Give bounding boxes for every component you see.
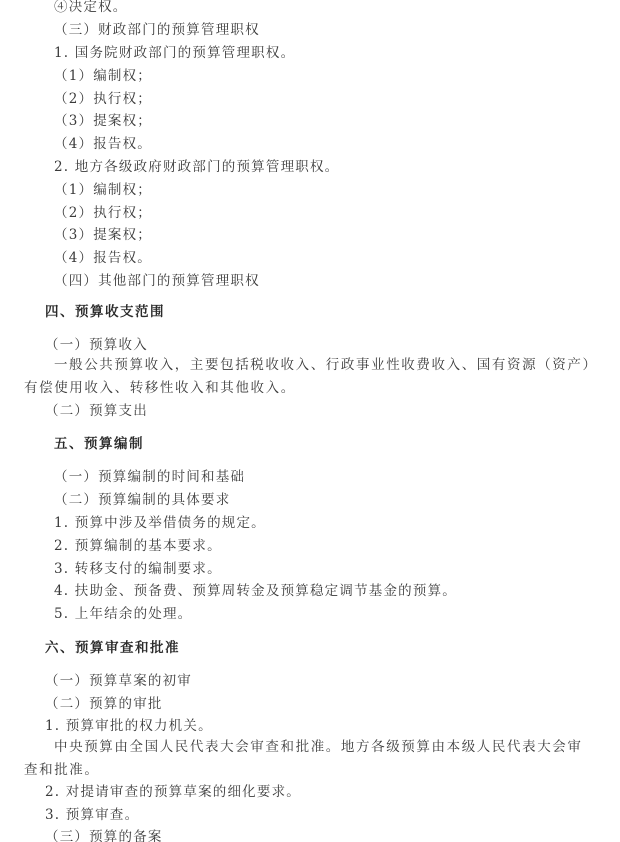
subheading-prep-time-basis: （一）预算编制的时间和基础 bbox=[54, 469, 245, 485]
paragraph-revenue-description: 一般公共预算收入，主要包括税收收入、行政事业性收费收入、国有资源（资产） 有偿使… bbox=[54, 354, 590, 400]
list-item: 3. 转移支付的编制要求。 bbox=[54, 561, 222, 577]
list-item-decision-power: ④决定权。 bbox=[54, 0, 128, 15]
section-heading-budget-scope: 四、预算收支范围 bbox=[45, 304, 165, 320]
list-item: （2）执行权； bbox=[54, 205, 152, 221]
list-item: 5. 上年结余的处理。 bbox=[54, 606, 192, 622]
section-heading-review-approval: 六、预算审查和批准 bbox=[45, 640, 180, 656]
list-item: （4）报告权。 bbox=[54, 250, 152, 266]
paragraph-line: 中央预算由全国人民代表大会审查和批准。地方各级预算由本级人民代表大会审 bbox=[54, 736, 590, 759]
subheading-budget-expenditure: （二）预算支出 bbox=[45, 403, 148, 419]
list-item: 1. 预算审批的权力机关。 bbox=[45, 718, 213, 734]
list-item: （1）编制权； bbox=[54, 68, 152, 84]
list-item: （3）提案权； bbox=[54, 113, 152, 129]
paragraph-line: 有偿使用收入、转移性收入和其他收入。 bbox=[24, 377, 590, 400]
subheading-budget-filing: （三）预算的备案 bbox=[45, 829, 163, 842]
subheading-prep-requirements: （二）预算编制的具体要求 bbox=[54, 492, 230, 508]
paragraph-line: 查和批准。 bbox=[24, 759, 590, 782]
section-heading-budget-preparation: 五、预算编制 bbox=[54, 436, 144, 452]
list-item: 1. 预算中涉及举借债务的规定。 bbox=[54, 515, 266, 531]
list-item: （3）提案权； bbox=[54, 227, 152, 243]
paragraph-approval-authority: 中央预算由全国人民代表大会审查和批准。地方各级预算由本级人民代表大会审 查和批准… bbox=[54, 736, 590, 782]
list-item: （1）编制权； bbox=[54, 182, 152, 198]
list-item: 2. 预算编制的基本要求。 bbox=[54, 538, 222, 554]
list-item: 2. 对提请审查的预算草案的细化要求。 bbox=[45, 784, 301, 800]
list-item: 3. 预算审查。 bbox=[45, 807, 139, 823]
list-item-local-finance: 2. 地方各级政府财政部门的预算管理职权。 bbox=[54, 159, 339, 175]
list-item: 4. 扶助金、预备费、预算周转金及预算稳定调节基金的预算。 bbox=[54, 583, 457, 599]
subheading-finance-dept-powers: （三）财政部门的预算管理职权 bbox=[54, 22, 260, 38]
list-item: （4）报告权。 bbox=[54, 136, 152, 152]
subheading-budget-revenue: （一）预算收入 bbox=[45, 337, 148, 353]
paragraph-line: 一般公共预算收入，主要包括税收收入、行政事业性收费收入、国有资源（资产） bbox=[54, 354, 590, 377]
subheading-approval: （二）预算的审批 bbox=[45, 696, 163, 712]
list-item: （2）执行权； bbox=[54, 91, 152, 107]
subheading-preliminary-review: （一）预算草案的初审 bbox=[45, 673, 192, 689]
list-item-state-council-finance: 1. 国务院财政部门的预算管理职权。 bbox=[54, 45, 295, 61]
subheading-other-dept-powers: （四）其他部门的预算管理职权 bbox=[54, 273, 260, 289]
